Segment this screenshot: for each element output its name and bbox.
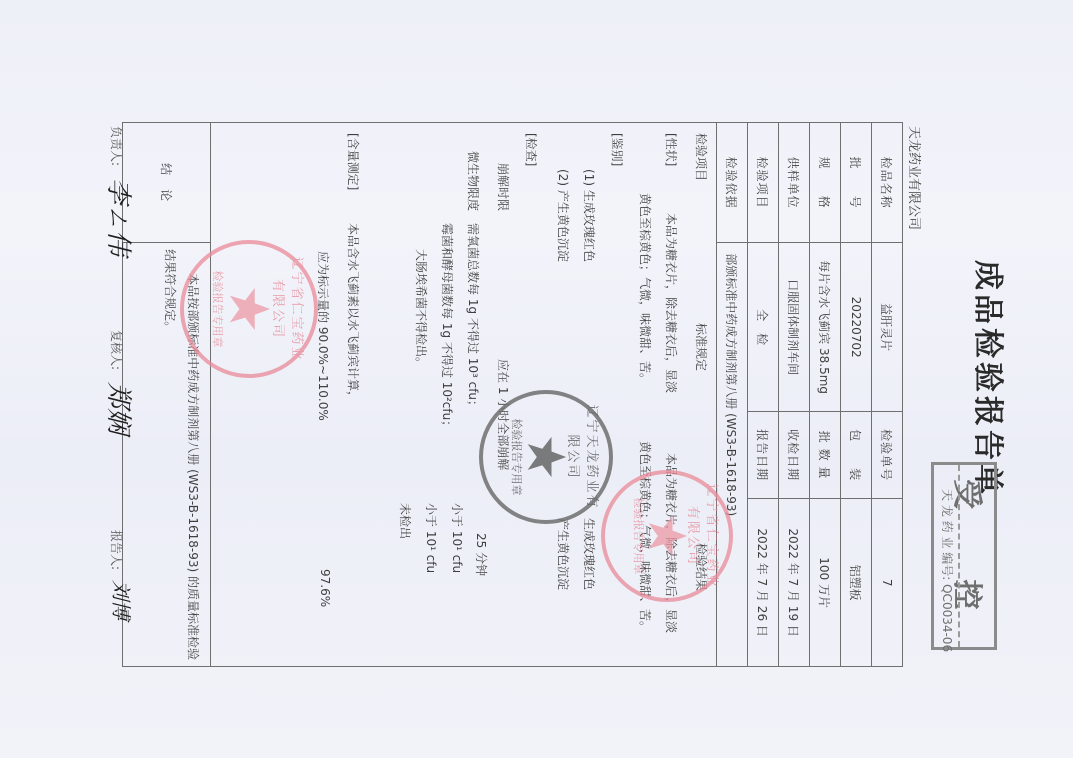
packaging-label: 包 装 (841, 411, 872, 498)
inspection-seal: 辽宁省仁宝药业有限公司 检验报告专用章 (601, 470, 733, 602)
company-seal: 辽宁天龙药业有限公司 检验报告专用章 (479, 390, 613, 524)
character-title: [性状] (663, 133, 680, 166)
star-icon (226, 286, 272, 332)
assay-seal: 辽宁省仁宝药业有限公司 检验报告专用章 (180, 240, 318, 378)
info-row: 检品名称 益肝灵片 检验单号 7 (872, 123, 903, 667)
stamp-divider (958, 465, 960, 647)
received-date-label: 收检日期 (779, 411, 810, 498)
supplier-value: 口服固体制剂车间 (779, 243, 810, 412)
inspection-item-standard: 霉菌和酵母菌数每 1g 不得过 10²cfu； (439, 223, 456, 432)
spec-label: 规 格 (810, 123, 841, 243)
reporter-signature: 刘博 (108, 580, 137, 620)
inspection-item-result: 未检出 (397, 503, 414, 539)
inspection-item-result: 25 分钟 (473, 533, 490, 576)
info-row: 批 号 20220702 包 装 铝塑板 (841, 123, 872, 667)
character-standard-line1: 本品为糖衣片，除去糖衣后，显淡 (663, 213, 680, 393)
controlled-copy-stamp: 受 控 天 龙 药 业 编号: QC0034-06 (931, 462, 997, 650)
inspection-item-result: 小于 10¹ cfu (449, 503, 466, 573)
company-seal-text: 辽宁天龙药业有限公司 (565, 402, 603, 512)
spec-value: 每片含水飞蓟宾 38.5mg (810, 243, 841, 412)
packaging-value: 铝塑板 (841, 499, 872, 667)
company-seal-subtext: 检验报告专用章 (509, 394, 525, 520)
manager-signature: 李ㄥ伟 (102, 178, 139, 256)
assay-title: [含量测定] (345, 133, 362, 190)
inspection-item-result: 小于 10¹ cfu (423, 503, 440, 573)
supplier-label: 供样单位 (779, 123, 810, 243)
report-date-label: 报告日期 (748, 411, 779, 498)
inspection-report-page: 成品检验报告单 受 控 天 龙 药 业 编号: QC0034-06 天龙药业有限… (0, 0, 1073, 758)
inspection-seal-text: 辽宁省仁宝药业有限公司 (685, 482, 723, 590)
info-row: 检验项目 全 检 报告日期 2022 年 7 月 26 日 (748, 123, 779, 667)
batch-quantity-label: 批 数 量 (810, 411, 841, 498)
info-row: 规 格 每片含水飞蓟宾 38.5mg 批 数 量 100 万片 (810, 123, 841, 667)
identification-standard-2: (2) 产生黄色沉淀 (555, 169, 572, 262)
identification-result-1: 生成玫瑰红色 (581, 518, 598, 590)
reporter-label: 报告人: (108, 530, 125, 570)
test-number-value: 7 (872, 499, 903, 667)
inspection-item-standard: 大肠埃希菌不得检出。 (413, 249, 430, 369)
company-name: 天龙药业有限公司 (906, 126, 925, 230)
inspection-item-name: 微生物限度 (465, 151, 482, 211)
results-standard-header: 标准规定 (693, 323, 710, 371)
product-name-value: 益肝灵片 (872, 243, 903, 412)
test-items-label: 检验项目 (748, 123, 779, 243)
assay-standard-line1: 本品含水飞蓟素以水飞蓟宾计算， (345, 223, 362, 403)
assay-result: 97.6% (318, 569, 332, 607)
star-icon (645, 514, 689, 558)
batch-value: 20220702 (841, 243, 872, 412)
document-code: 天 龙 药 业 编号: QC0034-06 (939, 489, 956, 652)
test-number-label: 检验单号 (872, 411, 903, 498)
identification-standard-1: (1) 生成玫瑰红色 (581, 169, 598, 262)
results-item-header: 检验项目 (693, 133, 710, 181)
inspection-seal-subtext: 检验报告专用章 (631, 474, 647, 598)
conclusion-line2: 结果符合规定。 (162, 249, 179, 660)
received-date-value: 2022 年 7 月 19 日 (779, 499, 810, 667)
assay-standard-line2: 应为标示量的 90.0%~110.0% (315, 251, 332, 421)
basis-label: 检验依据 (717, 123, 748, 243)
basis-value: 部颁标准中药成方制剂第八册 (WS3-B-1618-93) (717, 243, 748, 667)
identification-title: [鉴别] (609, 133, 626, 166)
character-standard-line2: 黄色至棕黄色；气微，味微甜、苦。 (637, 193, 654, 385)
star-icon (524, 435, 568, 479)
manager-label: 负责人: (108, 126, 125, 166)
assay-seal-text: 辽宁省仁宝药业有限公司 (270, 252, 308, 366)
inspection-item-standard: 需氧菌总数每 1g 不得过 10³ cfu； (465, 223, 482, 412)
inspection-item-name: 崩解时限 (495, 163, 512, 211)
reviewer-label: 复核人: (108, 330, 125, 370)
report-date-value: 2022 年 7 月 26 日 (748, 499, 779, 667)
reviewer-signature: 郑娴 (102, 382, 139, 434)
inspection-title: [检查] (523, 133, 540, 166)
identification-result-2: 产生黄色沉淀 (555, 518, 572, 590)
test-items-value: 全 检 (748, 243, 779, 412)
batch-quantity-value: 100 万片 (810, 499, 841, 667)
assay-seal-subtext: 检验报告专用章 (210, 244, 226, 374)
info-row: 供样单位 口服固体制剂车间 收检日期 2022 年 7 月 19 日 (779, 123, 810, 667)
batch-label: 批 号 (841, 123, 872, 243)
product-name-label: 检品名称 (872, 123, 903, 243)
